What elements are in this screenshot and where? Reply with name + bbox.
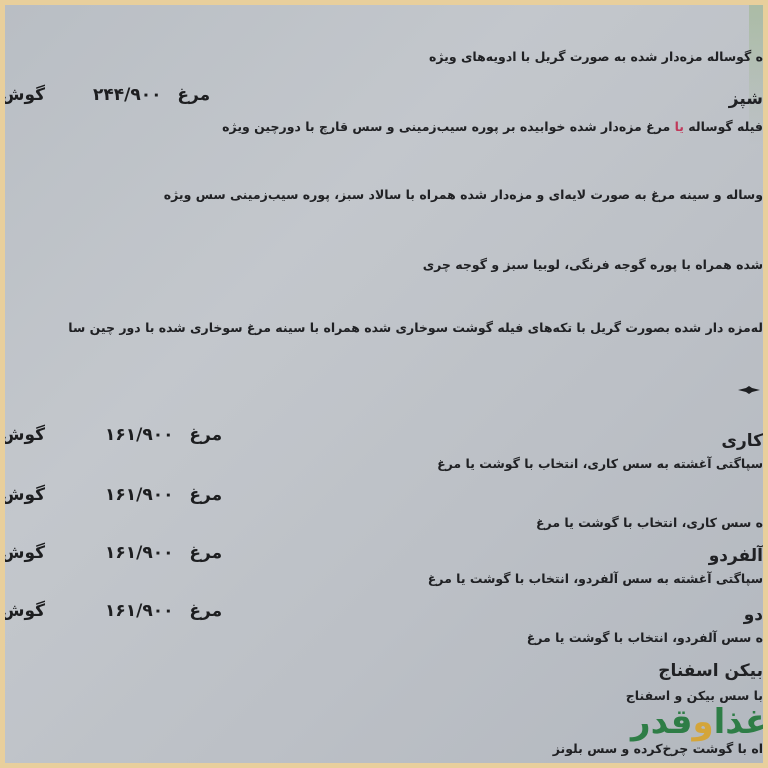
item2-title: شپز xyxy=(729,89,763,109)
price-value: ۲۴۴/۹۰۰ xyxy=(93,85,161,105)
pasta4-title: دو xyxy=(744,605,763,625)
watermark-logo: غذاوقدر xyxy=(631,705,763,739)
pasta4-description: ه سس آلفردو، انتخاب با گوشت یا مرغ xyxy=(527,630,763,645)
pasta6-description: اه با گوشت چرخ‌کرده و سس بلونز xyxy=(553,741,763,756)
pasta5-description: با سس بیکن و اسفناج xyxy=(626,688,763,703)
item2-price: ۲۴۴/۹۰۰ مرغ xyxy=(93,85,210,105)
pasta4-price: ۱۶۱/۹۰۰ مرغ xyxy=(105,601,222,621)
highlight-word: یا xyxy=(675,119,684,134)
pasta3-alt-label: گوش xyxy=(5,543,45,563)
pasta2-alt-label: گوش xyxy=(5,485,45,505)
pasta3-description: سپاگتی آغشته به سس آلفردو، انتخاب با گوش… xyxy=(428,571,763,586)
pasta2-price: ۱۶۱/۹۰۰ مرغ xyxy=(105,485,222,505)
item4-description: شده همراه با پوره گوجه فرنگی، لوبیا سبز … xyxy=(423,257,763,272)
pasta3-title: آلفردو xyxy=(709,546,763,566)
pasta4-alt-label: گوش xyxy=(5,601,45,621)
item2-alt-label: گوش xyxy=(5,85,45,105)
item5-description: له‌مزه دار شده بصورت گریل با تکه‌های فیل… xyxy=(68,320,763,335)
pasta1-alt-label: گوش xyxy=(5,425,45,445)
item3-description: وساله و سینه مرغ به صورت لایه‌ای و مزه‌د… xyxy=(164,187,763,202)
price-label: مرغ xyxy=(177,85,210,105)
item1-description: ه گوساله مزه‌دار شده به صورت گریل با ادو… xyxy=(429,49,763,64)
pasta1-price: ۱۶۱/۹۰۰ مرغ xyxy=(105,425,222,445)
pasta2-description: ه سس کاری، انتخاب با گوشت یا مرغ xyxy=(536,515,763,530)
menu-page: ه گوساله مزه‌دار شده به صورت گریل با ادو… xyxy=(5,5,763,763)
pasta5-title: بیکن اسفناج xyxy=(658,661,763,681)
pasta1-title: کاری xyxy=(721,431,763,451)
diamond-ornament-icon xyxy=(738,386,760,394)
pasta1-description: سپاگتی آغشته به سس کاری، انتخاب با گوشت … xyxy=(437,456,763,471)
item2-description: فیله گوساله یا مرغ مزه‌دار شده خوابیده ب… xyxy=(222,119,763,134)
pasta3-price: ۱۶۱/۹۰۰ مرغ xyxy=(105,543,222,563)
